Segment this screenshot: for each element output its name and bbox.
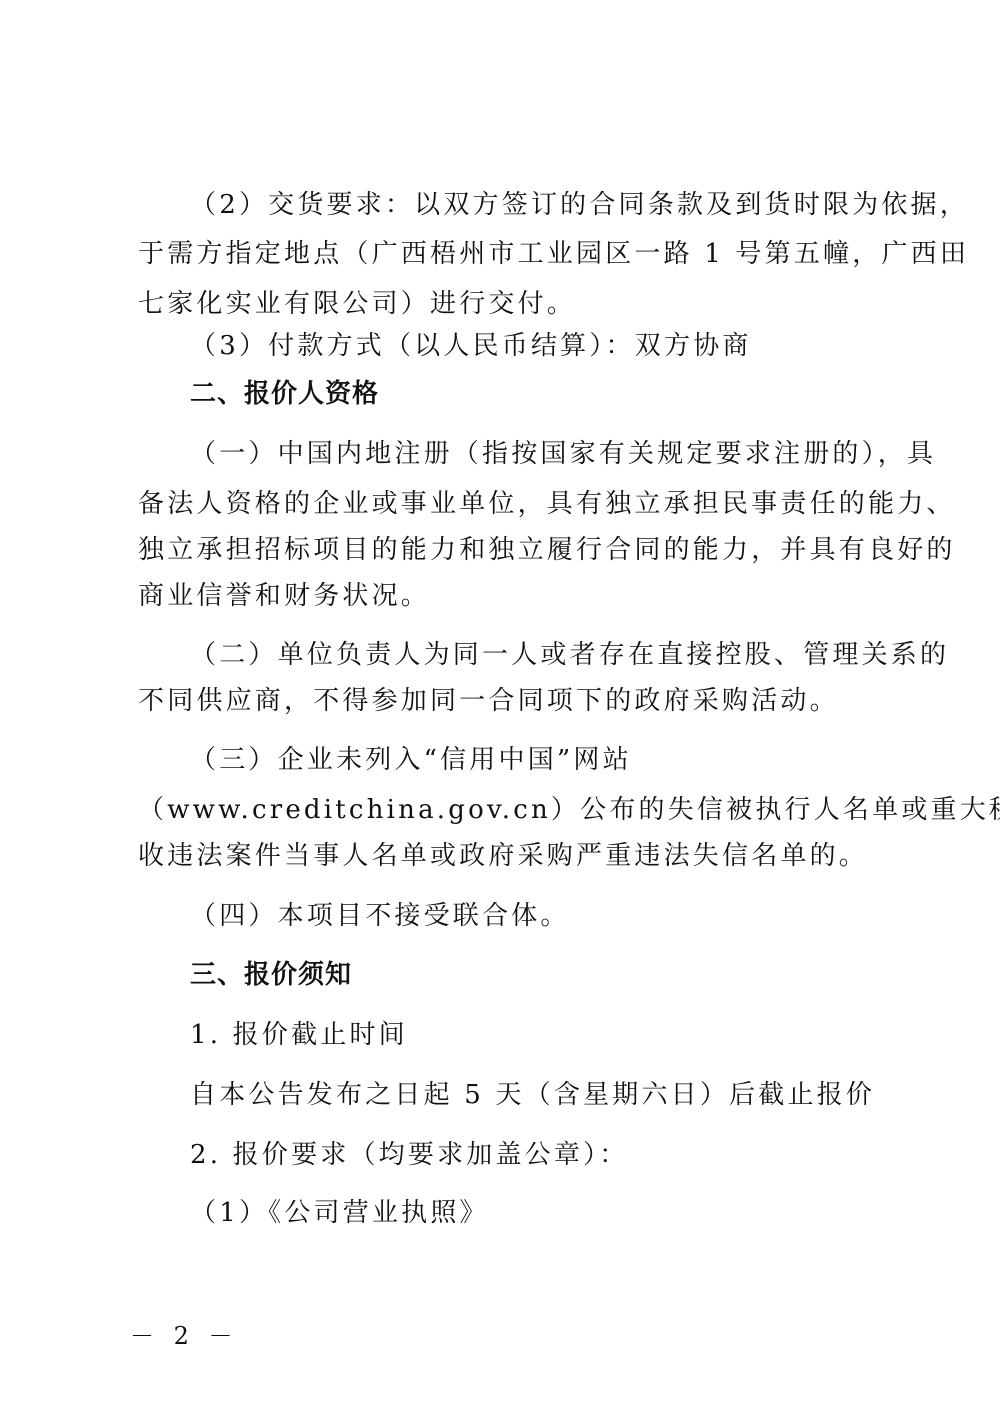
page-number: － 2 － [130,1316,239,1351]
quotation-requirement-1: （1）《公司营业执照》 [190,1198,489,1228]
qualification-1-line-1: （一）中国内地注册（指按国家有关规定要求注册的），具 [190,439,936,469]
qualification-3-line-2: （www.creditchina.gov.cn）公布的失信被执行人名单或重大税 [138,795,878,825]
qualification-1-line-3: 独立承担招标项目的能力和独立履行合同的能力，并具有良好的 [138,535,878,565]
qualification-1-line-2: 备法人资格的企业或事业单位，具有独立承担民事责任的能力、 [138,489,878,519]
qualification-2-line-2: 不同供应商，不得参加同一合同项下的政府采购活动。 [138,686,839,716]
section-heading-quotation-notice: 三、报价须知 [190,960,352,990]
qualification-3-line-3: 收违法案件当事人名单或政府采购严重违法失信名单的。 [138,841,868,871]
qualification-3-line-1: （三）企业未列入“信用中国”网站 [190,745,632,775]
quotation-deadline-detail: 自本公告发布之日起 5 天（含星期六日）后截止报价 [190,1080,875,1110]
payment-method-line: （3）付款方式（以人民币结算）：双方协商 [190,331,752,361]
section-heading-bidder-qualification: 二、报价人资格 [190,379,379,409]
qualification-4-line: （四）本项目不接受联合体。 [190,901,570,931]
delivery-requirement-line-1: （2）交货要求：以双方签订的合同条款及到货时限为依据， [190,190,969,220]
qualification-1-line-4: 商业信誉和财务状况。 [138,581,430,611]
quotation-deadline-title: 1. 报价截止时间 [190,1020,408,1050]
delivery-requirement-line-2: 于需方指定地点（广西梧州市工业园区一路 1 号第五幢，广西田 [138,239,878,269]
delivery-requirement-line-3: 七家化实业有限公司）进行交付。 [138,289,576,319]
quotation-requirements-title: 2. 报价要求（均要求加盖公章）： [190,1140,628,1170]
qualification-2-line-1: （二）单位负责人为同一人或者存在直接控股、管理关系的 [190,640,949,670]
